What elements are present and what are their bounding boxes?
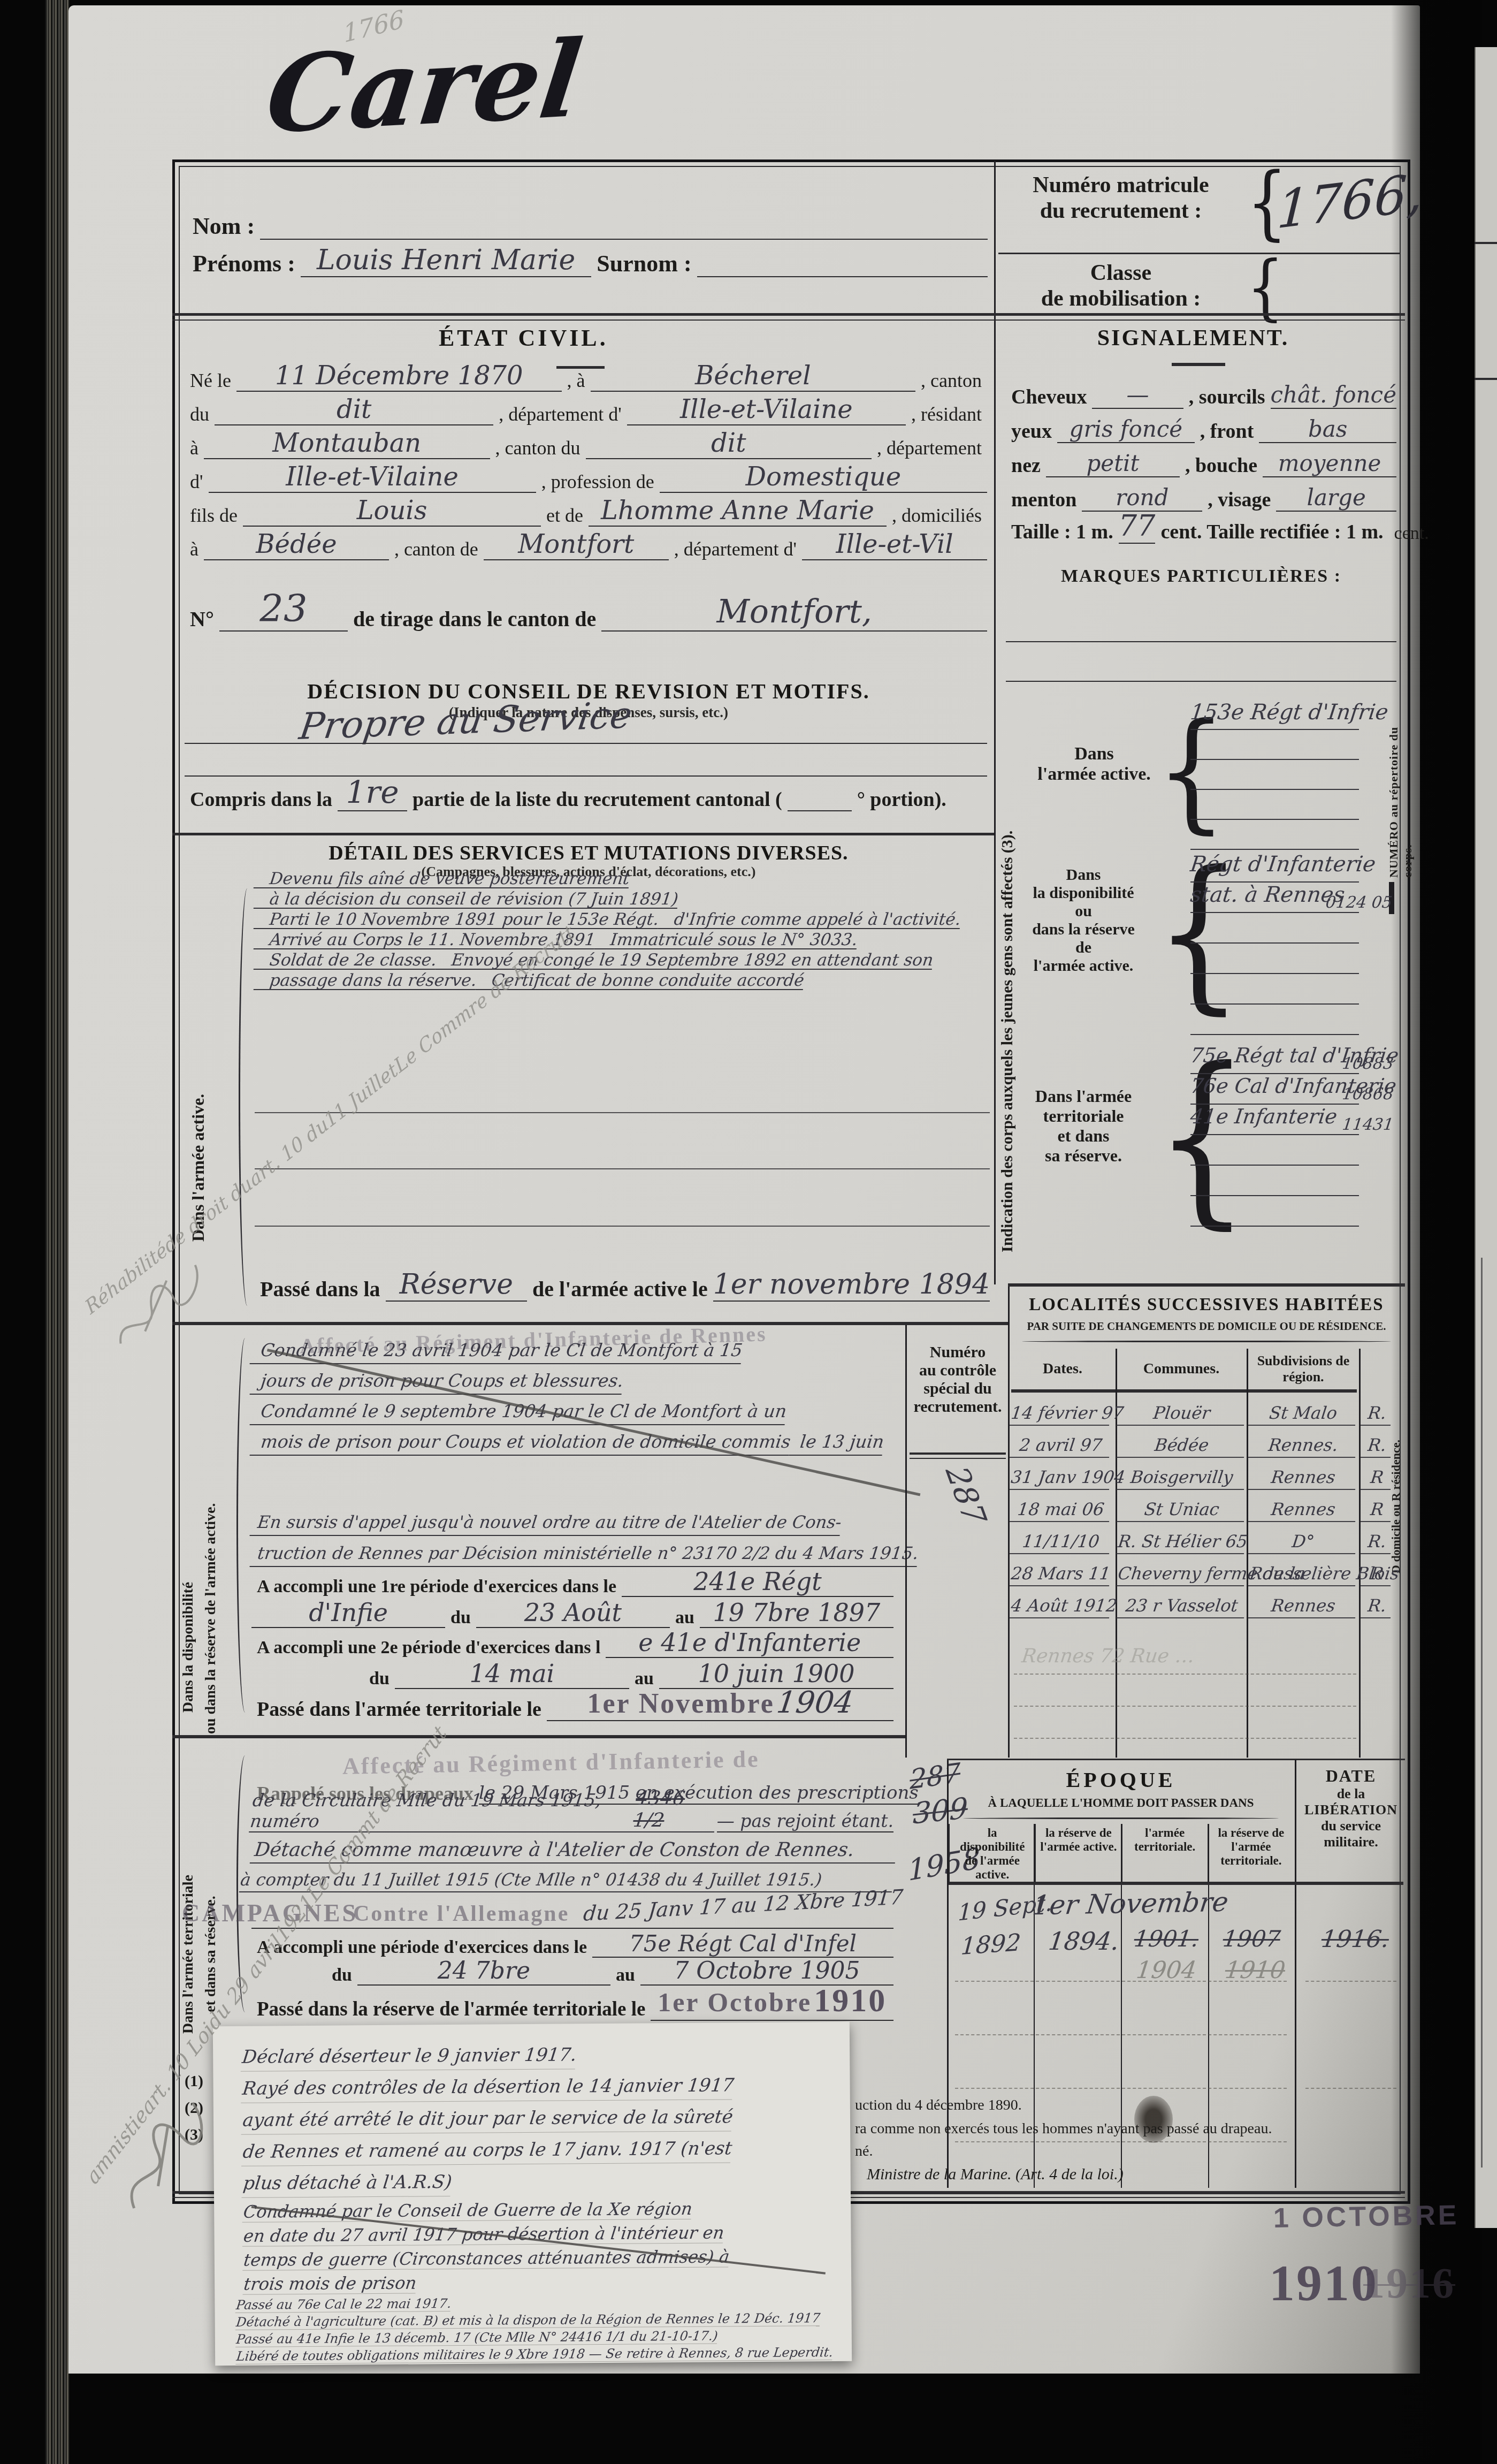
periode2-date1: 14 mai [395, 1659, 629, 1689]
ec-row-4: d' Ille-et-Vilaine , profession de Domes… [185, 461, 987, 493]
taille-label-2: cent. Taille rectifiée : 1 m. [1155, 520, 1388, 544]
date-h4: du service [1300, 1818, 1402, 1834]
ec-label: , profession de [536, 470, 660, 493]
taille-row: Taille : 1 m. 77 cent. Taille rectifiée … [1006, 513, 1396, 544]
slip-line-2: Passé au 76e Cal le 22 mai 1917. [235, 2294, 453, 2313]
repertoire-label: NUMÉRO au répertoire du corps. [1387, 717, 1415, 878]
nom-line [260, 239, 988, 240]
ec-value: Montfort [484, 529, 669, 560]
sig-label-2: , visage [1202, 488, 1276, 512]
marques-line-2 [1006, 681, 1396, 682]
g3-l1: Dans l'armée [1017, 1086, 1150, 1106]
ec-label: , résidant [906, 403, 987, 425]
loc-dr: R. [1361, 1527, 1394, 1554]
sig-value-1: petit [1046, 450, 1180, 477]
periode2-label: A accompli une 2e période d'exercices da… [251, 1638, 606, 1658]
loc-subdiv: St Malo [1248, 1399, 1358, 1426]
sursis-line: truction de Rennes par Décision ministér… [249, 1536, 920, 1567]
loc-dr: R [1361, 1560, 1394, 1586]
surnom-line [697, 276, 988, 277]
periode2-row-a: A accompli une 2e période d'exercices da… [251, 1628, 893, 1658]
localites-top-heavy [1008, 1283, 1405, 1287]
ec-label: Né le [185, 369, 236, 392]
taille-value: 77 [1119, 509, 1156, 544]
taille-label-1: Taille : 1 m. [1006, 520, 1119, 544]
dispo-side-label-2: ou dans la réserve de l'armée active. [202, 1349, 219, 1734]
detail-bottom-heavy [172, 1322, 1009, 1325]
epoque-v2: 1er Novembre [1030, 1887, 1230, 1921]
marques-line-1 [1006, 641, 1396, 642]
g2-l5: de [1017, 939, 1150, 957]
localites-header-heavy [1011, 1389, 1357, 1393]
periode2-date2: 10 juin 1900 [659, 1659, 893, 1689]
signalement-rows: Cheveux — , sourcils chât. foncé yeux gr… [1006, 375, 1396, 512]
compris-label-3: ° portion). [852, 788, 952, 811]
loc-subdiv: Rennes [1248, 1495, 1358, 1522]
epoque-flourish [963, 1817, 1279, 1819]
loc-dr: R. [1361, 1592, 1394, 1618]
corps-line [1190, 913, 1359, 944]
controle-h3: spécial du [910, 1380, 1006, 1398]
ec-label: à [185, 538, 204, 560]
loc-date: 11/11/10 [1010, 1527, 1112, 1554]
condamn-line: Condamné le 23 avril 1904 par le Cl de M… [250, 1334, 745, 1364]
localites-col1: Dates. [1011, 1360, 1114, 1378]
slip-line: Rayé des contrôles de la désertion le 14… [241, 2068, 736, 2103]
epoque-col-header: la réserve de l'armée active. [1035, 1824, 1121, 1884]
tirage-canton: Montfort, [601, 593, 987, 632]
controle-h2: au contrôle [910, 1362, 1006, 1380]
sig-label-1: menton [1006, 488, 1082, 512]
loc-empty-2 [1014, 1705, 1356, 1707]
condamn-line: Condamné le 9 septembre 1904 par le Cl d… [250, 1395, 789, 1425]
epoque-date-empty-2 [1305, 2087, 1396, 2089]
passe-terr-row: Passé dans l'armée territoriale le 1er N… [251, 1686, 893, 1721]
loc-subdiv: Rennes [1248, 1463, 1358, 1490]
date-h2: de la [1300, 1786, 1402, 1802]
g2-l3: ou [1017, 902, 1150, 921]
ec-label: à [185, 437, 204, 459]
controle-left-border [905, 1325, 907, 1758]
date-h1: DATE [1300, 1766, 1402, 1786]
slip-line: ayant été arrêté le dit jour par le serv… [241, 2100, 735, 2134]
periode2-regt: e 41e d'Infanterie [606, 1628, 893, 1658]
prenoms-row: Prénoms : Louis Henri Marie Surnom : [187, 245, 988, 277]
periode3-regt: 75e Régt Cal d'Infel [592, 1930, 893, 1958]
loc-commune: Plouër [1117, 1399, 1247, 1426]
controle-h4: recrutement. [910, 1398, 1006, 1416]
corps-line-num: 11431 [1341, 1115, 1394, 1134]
marques-title: MARQUES PARTICULIÈRES : [1006, 566, 1396, 587]
passe-terr-value: 1er Novembre 1904 [547, 1685, 893, 1721]
epoque-title: ÉPOQUE [958, 1767, 1284, 1792]
condamn-line: le 13 juin [789, 1425, 885, 1456]
corps-line-num: 10868 [1341, 1085, 1394, 1104]
nom-row: Nom : [187, 210, 988, 240]
stamp-1910: 1910 [1269, 2253, 1378, 2313]
ec-label: fils de [185, 504, 243, 527]
prenoms-value: Louis Henri Marie [301, 244, 591, 277]
loc-commune: Boisgervilly [1117, 1463, 1247, 1490]
corps-line [1190, 974, 1359, 1005]
ec-value: Ille-et-Vilaine [209, 462, 536, 493]
detail-line: Immatriculé sous le N° 3033. [594, 929, 859, 949]
sig-value-2: large [1276, 484, 1396, 512]
passe-terr-year: 1904 [775, 1685, 855, 1720]
loc-commune: Cheverny ferme de la [1117, 1560, 1247, 1586]
ec-value: Montauban [204, 428, 490, 459]
slip-line: plus détaché à l'A.R.S) [241, 2165, 454, 2198]
passe-label-1: Passé dans la [255, 1276, 386, 1302]
prenoms-label: Prénoms : [187, 250, 301, 277]
corps-g1-lines: 153e Régt d'Infrie [1190, 700, 1359, 850]
loc-commune: 23 r Vasselot [1117, 1592, 1247, 1618]
tirage-label-2: de tirage dans le canton de [348, 606, 601, 632]
loc-dr: R. [1361, 1431, 1394, 1458]
loc-date: 2 avril 97 [1010, 1431, 1112, 1458]
epoque-v4a: 1907 [1221, 1926, 1282, 1952]
footnote-frag-3: né. [855, 2143, 873, 2160]
signalement-row: nez petit , bouche moyenne [1006, 443, 1396, 477]
ec-value: Bécherel [591, 361, 916, 392]
date-h5: militaire. [1300, 1834, 1402, 1850]
loc-commune: Bédée [1117, 1431, 1247, 1458]
periode1-regt: 241e Régt [622, 1567, 893, 1597]
circulaire-hand-2: — pas rejoint étant. [717, 1811, 893, 1832]
decision-bottom-heavy [172, 833, 994, 835]
ec-value: Ille-et-Vilaine [627, 394, 906, 425]
corps-line-text: 41e Infanterie [1189, 1105, 1339, 1128]
corps-g3-label: Dans l'armée territoriale et dans sa rés… [1017, 1086, 1150, 1166]
detail-line: passage dans la réserve. [254, 970, 478, 990]
ec-label: , canton de [389, 538, 484, 560]
ec-value: dit [215, 394, 493, 425]
ec-value: 11 Décembre 1870 [236, 361, 562, 392]
corps-line-text: 153e Régt d'Infrie [1189, 700, 1389, 725]
sliver-line-bottom [1475, 378, 1497, 380]
g1-l2: l'armée active. [1027, 764, 1161, 785]
loc-date: 4 Août 1912 [1010, 1592, 1112, 1618]
name-script: Carel [260, 17, 588, 157]
ec-label: , département d' [493, 403, 627, 425]
periode1-label: A accompli une 1re période d'exercices d… [251, 1577, 622, 1597]
next-page-sliver [1475, 47, 1497, 2228]
etat-civil-title: ÉTAT CIVIL. [439, 324, 608, 352]
circulaire-struck: 4346 1/2 [627, 1788, 720, 1832]
corps-line [1190, 1135, 1359, 1166]
corps-line: Régt d'Infanterie [1190, 852, 1359, 883]
matricule-label-1: Numéro matricule [1003, 172, 1239, 198]
classe-block: Classe de mobilisation : [1003, 260, 1239, 311]
localites-title: LOCALITÉS SUCCESSIVES HABITÉES [1017, 1295, 1396, 1315]
corps-line: 76e Cal d'Infanterie 10868 [1190, 1074, 1359, 1105]
loc-date: 14 février 97 [1010, 1399, 1112, 1426]
ec-row-3: à Montauban , canton du dit , départemen… [185, 427, 987, 459]
matricule-separator [998, 253, 1401, 254]
detail-title: DÉTAIL DES SERVICES ET MUTATIONS DIVERSE… [225, 841, 952, 865]
periode1-du: du [445, 1608, 476, 1628]
loc-dr: R [1361, 1463, 1394, 1490]
loc-commune: R. St Hélier 65 [1117, 1527, 1247, 1554]
ec-row-5: fils de Louis et de Lhomme Anne Marie , … [185, 495, 987, 527]
dispo-sursis-lines: En sursis d'appel jusqu'à nouvel ordre a… [251, 1505, 893, 1567]
ec-label: , département d' [669, 538, 802, 560]
matricule-label-2: du recrutement : [1003, 198, 1239, 224]
detail-side-label: Dans l'armée active. [188, 910, 208, 1242]
terr-side-label-1: Dans l'armée territoriale [180, 1755, 197, 2034]
epoque-col-header: l'armée territoriale. [1121, 1824, 1208, 1884]
detail-lines: Devenu fils aîné de veuve postérieuremen… [255, 868, 990, 990]
sig-label-2: , sourcils [1183, 385, 1271, 409]
res-terr-year: 1910 [814, 1982, 887, 2019]
pasted-slip: Déclaré déserteur le 9 janvier 1917.Rayé… [213, 2022, 852, 2366]
corps-line: stat. à Rennes 0124 05 [1190, 883, 1359, 913]
ec-value: Lhomme Anne Marie [589, 496, 887, 527]
detail-line: Devenu fils aîné de veuve postérieuremen… [254, 868, 631, 888]
oct-stamp: 1er Octobre [658, 1987, 812, 2017]
tirage-label: N° [185, 606, 219, 632]
corps-line: 153e Régt d'Infrie [1190, 700, 1359, 730]
loc-empty-1 [1014, 1673, 1356, 1675]
g3-l4: sa réserve. [1017, 1146, 1150, 1166]
loc-dr: R [1361, 1495, 1394, 1522]
sig-label-1: yeux [1006, 420, 1057, 443]
classe-label-2: de mobilisation : [1003, 286, 1239, 311]
loc-date: 28 Mars 11 [1010, 1560, 1112, 1586]
dispo-side-label-1: Dans la disponibilité [180, 1370, 197, 1713]
sig-label-2: , bouche [1180, 454, 1263, 477]
corps-side-label: Indication des corps auxquels les jeunes… [998, 712, 1017, 1252]
sig-label-1: Cheveux [1006, 385, 1092, 409]
compris-label-1: Compris dans la [185, 788, 338, 811]
epoque-empty-2 [955, 2034, 1287, 2035]
slip-line-2: Détaché à l'agriculture (cat. B) et mis … [235, 2309, 821, 2330]
passe-terr-label: Passé dans l'armée territoriale le [251, 1698, 547, 1721]
taille-label-3: cent. [1389, 523, 1434, 544]
controle-header: Numéro au contrôle spécial du recrutemen… [910, 1343, 1006, 1416]
epoque-header-heavy [949, 1882, 1403, 1885]
corps-g3-lines: 75e Régt tal d'Infrie 10883 76e Cal d'In… [1190, 1044, 1359, 1227]
ec-label: , canton [915, 369, 987, 392]
slip-part1: Déclaré déserteur le 9 janvier 1917.Rayé… [242, 2036, 832, 2198]
epoque-v1b: 1892 [960, 1929, 1021, 1960]
epoque-subtitle: À LAQUELLE L'HOMME DOIT PASSER DANS [958, 1796, 1284, 1810]
localites-row: 14 février 97 Plouër St Malo R. [1009, 1395, 1405, 1427]
periode1-date2: 19 7bre 1897 [700, 1598, 893, 1628]
signalement-row: yeux gris foncé , front bas [1006, 409, 1396, 443]
slip-line: de Rennes et ramené au corps le 17 janv.… [241, 2131, 734, 2166]
passe-res-terr-value: 1er Octobre 1910 [651, 1982, 893, 2021]
localites-row: 4 Août 1912 23 r Vasselot Rennes R. [1009, 1587, 1405, 1619]
localites-pencil-note: Rennes 72 Rue … [1020, 1645, 1195, 1667]
stamp-1916: 1916 [1363, 2260, 1455, 2308]
corps-line-text: Régt d'Infanterie [1189, 852, 1377, 877]
ec-value: Ille-et-Vil [802, 529, 987, 560]
loc-date: 18 mai 06 [1010, 1495, 1112, 1522]
passe-reserve-row: Passé dans la Réserve de l'armée active … [255, 1263, 990, 1302]
footnote-frag-1: uction du 4 décembre 1890. [855, 2097, 1022, 2114]
decision-line [185, 743, 987, 744]
periode3-date1: 24 7bre [357, 1957, 610, 1986]
corps-line-text: stat. à Rennes [1189, 883, 1346, 907]
sliver-vline [1481, 1258, 1483, 2168]
slip-line: Déclaré déserteur le 9 janvier 1917. [241, 2037, 579, 2071]
epoque-top-border [947, 1759, 1405, 1760]
tirage-row: N° 23 de tirage dans le canton de Montfo… [185, 589, 987, 632]
corps-line [1190, 790, 1359, 820]
epoque-empty-1 [955, 1980, 1287, 1982]
slip-struck-line: temps de guerre (Circonstances atténuant… [242, 2243, 731, 2270]
corps-line-num: 10883 [1341, 1054, 1394, 1073]
localites-row: 2 avril 97 Bédée Rennes. R. [1009, 1427, 1405, 1459]
periode1-date1: 23 Août [476, 1598, 670, 1628]
condamn-line: mois de prison pour Coups et violation d… [250, 1425, 793, 1456]
surnom-label: Surnom : [591, 250, 697, 277]
corps-g2-label: Dans la disponibilité ou dans la réserve… [1017, 866, 1150, 975]
header-divider [994, 161, 996, 1284]
periode1-inf: d'Infie [251, 1598, 445, 1628]
loc-subdiv: Rennes [1248, 1592, 1358, 1618]
corps-line [1190, 730, 1359, 760]
corps-line [1190, 760, 1359, 790]
slip-line-2: Libéré de toutes obligations militaires … [235, 2343, 834, 2364]
signalement-dash [1172, 363, 1225, 366]
passe-value-1: Réserve [386, 1268, 528, 1302]
epoque-empty-4 [955, 2141, 1287, 2142]
ec-label: , à [562, 369, 591, 392]
g3-l2: territoriale [1017, 1106, 1150, 1126]
slip-struck-block: Condamné par le Conseil de Guerre de la … [243, 2194, 832, 2295]
loc-subdiv: Rennes. [1248, 1431, 1358, 1458]
slip-part2: Passé au 76e Cal le 22 mai 1917.Détaché … [236, 2292, 841, 2364]
slip-struck-line: Condamné par le Conseil de Guerre de la … [242, 2195, 694, 2223]
compris-row: Compris dans la 1re partie de la liste d… [185, 781, 987, 811]
corps-line: 75e Régt tal d'Infrie 10883 [1190, 1044, 1359, 1074]
scanned-register-photo: 1766 Carel Nom : Prénoms : Louis Henri M… [0, 0, 1497, 2464]
ec-label: , domiciliés [887, 504, 987, 527]
g3-l3: et dans [1017, 1126, 1150, 1146]
passe-res-terr-row: Passé dans la réserve de l'armée territo… [251, 1987, 893, 2021]
ec-value: Domestique [660, 462, 987, 493]
localites-row: 18 mai 06 St Uniac Rennes R [1009, 1491, 1405, 1523]
slip-struck-line: trois mois de prison [243, 2269, 418, 2294]
g2-l2: la disponibilité [1017, 884, 1150, 902]
footnote-frag-4: Ministre de la Marine. (Art. 4 de la loi… [867, 2165, 1124, 2184]
sig-value-2: bas [1259, 416, 1396, 443]
loc-dr: R. [1361, 1399, 1394, 1426]
localites-rows: 14 février 97 Plouër St Malo R. 2 avril … [1009, 1395, 1405, 1619]
corps-line: 41e Infanterie 11431 [1190, 1105, 1359, 1135]
corps-line [1190, 1196, 1359, 1227]
detail-line: Soldat de 2e classe. [254, 949, 438, 970]
corps-line [1190, 944, 1359, 974]
epoque-v3a: 1901. [1133, 1926, 1200, 1952]
loc-empty-3 [1014, 1737, 1356, 1739]
localites-row: 11/11/10 R. St Hélier 65 D° R. [1009, 1523, 1405, 1555]
detail-line: d'Infrie comme appelé à l'activité. [658, 909, 961, 929]
corps-g2-lines: Régt d'Infanterie stat. à Rennes 0124 05 [1190, 852, 1359, 1035]
g1-l1: Dans [1027, 744, 1161, 764]
epoque-vdate: 1916. [1320, 1926, 1391, 1953]
header-bottom-heavy [172, 313, 1405, 316]
controle-h1: Numéro [910, 1343, 1006, 1362]
ec-row-2: du dit , département d' Ille-et-Vilaine … [185, 393, 987, 425]
dispo-bottom-heavy [172, 1735, 906, 1738]
detail-line: à la décision du conseil de révision (7 … [254, 888, 679, 909]
periode3-au: au [610, 1965, 640, 1986]
sig-value-1: — [1092, 382, 1183, 409]
ec-label: du [185, 403, 215, 425]
decision-empty-line [185, 775, 987, 777]
compris-blank [788, 810, 852, 811]
epoque-date-empty-1 [1305, 1980, 1396, 1982]
passe-value-2: 1er novembre 1894 [713, 1268, 990, 1302]
localites-col2: Communes. [1117, 1360, 1246, 1378]
localites-flourish [1022, 1341, 1391, 1342]
g2-l6: l'armée active. [1017, 957, 1150, 975]
corps-line [1190, 1166, 1359, 1196]
matricule-block: Numéro matricule du recrutement : [1003, 172, 1239, 224]
condamn-line: jours de prison pour Coups et blessures. [250, 1364, 625, 1395]
loc-subdiv: Rousselière Blois [1248, 1560, 1358, 1586]
loc-date: 31 Janv 1904 [1010, 1463, 1112, 1490]
loc-commune: St Uniac [1117, 1495, 1247, 1522]
loc-subdiv: D° [1248, 1527, 1358, 1554]
g2-l1: Dans [1017, 866, 1150, 884]
sig-value-1: rond [1082, 484, 1202, 512]
ec-label: , canton du [490, 437, 586, 459]
periode1-row-a: A accompli une 1re période d'exercices d… [251, 1567, 893, 1597]
compris-value: 1re [338, 774, 407, 811]
sig-value-2: moyenne [1263, 450, 1396, 477]
octobre-stamp: 1 OCTOBRE [1273, 2199, 1460, 2234]
epoque-v2b: 1894. [1047, 1927, 1121, 1956]
controle-rule-1 [910, 1452, 1006, 1455]
periode1-au: au [670, 1608, 700, 1628]
epoque-date-header: DATE de la LIBÉRATION du service militai… [1300, 1766, 1402, 1850]
localites-row: 31 Janv 1904 Boisgervilly Rennes R [1009, 1459, 1405, 1491]
sig-label-1: nez [1006, 454, 1046, 477]
tirage-number: 23 [219, 587, 348, 632]
dispo-condamn-lines: Condamné le 23 avril 1904 par le Cl de M… [251, 1334, 893, 1456]
footnote-frag-2: ra comme non exercés tous les hommes n'a… [855, 2120, 1401, 2138]
localites-subtitle: PAR SUITE DE CHANGEMENTS DE DOMICILE OU … [1017, 1320, 1396, 1333]
signalement-title: SIGNALEMENT. [1006, 325, 1380, 351]
epoque-empty-3 [955, 2087, 1287, 2089]
ec-label: , département [872, 437, 987, 459]
corps-g1-label: Dans l'armée active. [1027, 744, 1161, 785]
terr-side-label-2: et dans sa réserve. [202, 1777, 219, 2012]
compris-label-2: partie de la liste du recrutement canton… [407, 788, 788, 811]
sliver-line-top [1475, 242, 1497, 244]
localites-col3: Subdivisions de région. [1249, 1353, 1358, 1385]
ec-label: d' [185, 470, 209, 493]
date-h3: LIBÉRATION [1300, 1802, 1402, 1818]
classe-label-1: Classe [1003, 260, 1239, 286]
signalement-row: menton rond , visage large [1006, 477, 1396, 512]
passe-label-2: de l'armée active le [527, 1276, 713, 1302]
ec-value: Bédée [204, 529, 389, 560]
ec-row-6: à Bédée , canton de Montfort , départeme… [185, 528, 987, 560]
corps-line-num: 0124 05 [1325, 893, 1393, 912]
periode2-row-b: du 14 mai au 10 juin 1900 [364, 1659, 893, 1689]
sig-value-2: chât. foncé [1271, 382, 1396, 409]
detail-line: Parti le 10 Novembre 1891 pour le 153e R… [254, 909, 660, 929]
periode1-row-b: d'Infie du 23 Août au 19 7bre 1897 [251, 1598, 893, 1628]
sursis-line: En sursis d'appel jusqu'à nouvel ordre a… [249, 1505, 843, 1536]
ec-row-1: Né le 11 Décembre 1870 , à Bécherel , ca… [185, 360, 987, 392]
epoque-col-header: la disponibilité de l'armée active. [949, 1824, 1035, 1884]
